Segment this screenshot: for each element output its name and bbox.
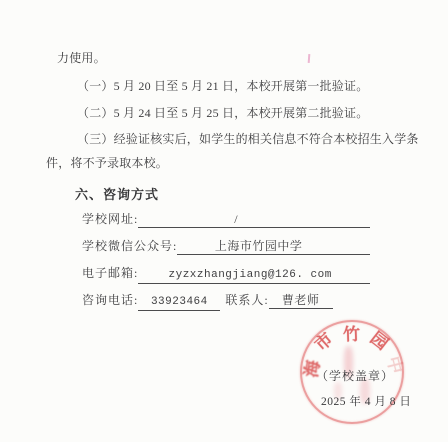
contact-person-label: 联系人:: [225, 291, 268, 308]
contact-row-phone: 咨询电话: 33923464 联系人: 曹老师: [82, 291, 333, 311]
paragraph-line: （一）5 月 20 日至 5 月 21 日，本校开展第一批验证。: [77, 79, 368, 93]
contact-row-email: 电子邮箱: zyzxzhangjiang@126. com: [82, 264, 370, 284]
phone-value: 33923464: [138, 296, 220, 311]
email-label: 电子邮箱:: [82, 264, 138, 281]
contact-row-website: 学校网址: /: [82, 210, 370, 228]
seal-arc-char: 竹: [343, 320, 361, 346]
stamp-caption: （学校盖章）: [316, 367, 394, 384]
paragraph-line: （二）5 月 24 日至 5 月 25 日，本校开展第二批验证。: [77, 106, 368, 120]
contact-row-wechat: 学校微信公众号: 上海市竹园中学: [82, 237, 370, 255]
paragraph-line: 力使用。: [57, 51, 106, 65]
phone-label: 咨询电话:: [82, 291, 138, 308]
contact-person-value: 曹老师: [269, 291, 333, 309]
stamp-date: 2025 年 4 月 8 日: [321, 393, 411, 409]
website-value: /: [138, 212, 370, 228]
website-label: 学校网址:: [82, 210, 138, 227]
scanned-document-page: 力使用。 （一）5 月 20 日至 5 月 21 日，本校开展第一批验证。 （二…: [0, 0, 448, 442]
email-value: zyzxzhangjiang@126. com: [138, 269, 370, 284]
section-heading: 六、咨询方式: [75, 184, 159, 203]
wechat-value: 上海市竹园中学: [177, 237, 370, 255]
paragraph-line: （三）经验证核实后，如学生的相关信息不符合本校招生入学条: [77, 132, 419, 146]
wechat-label: 学校微信公众号:: [82, 237, 177, 254]
pink-scan-artifact: [308, 54, 311, 63]
paragraph-line: 件，将不予录取本校。: [46, 156, 168, 170]
